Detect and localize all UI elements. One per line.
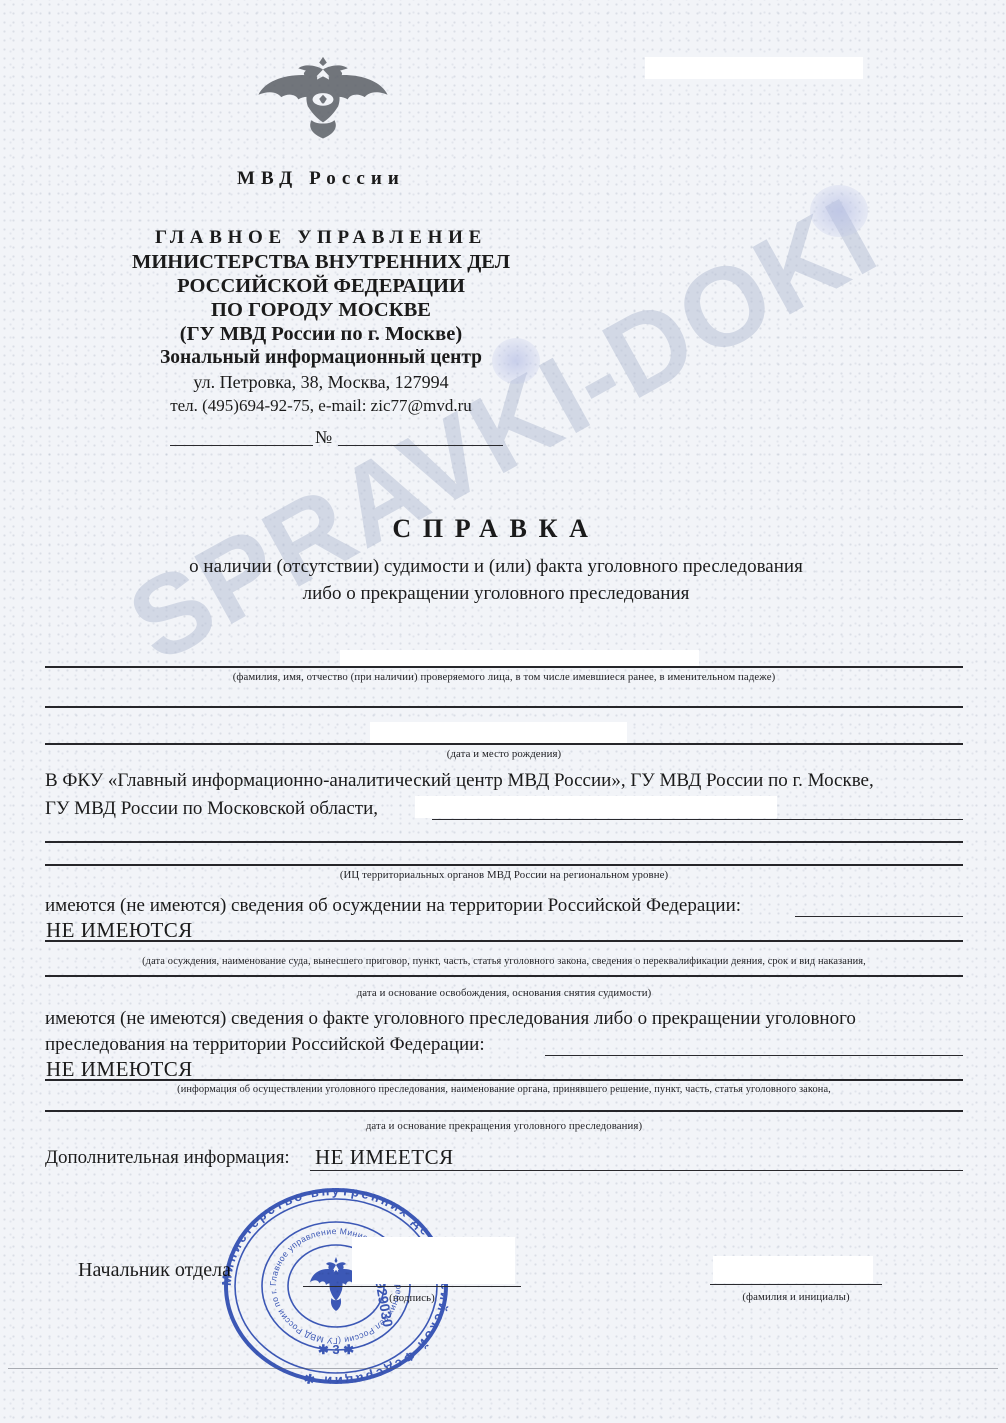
conviction-short-line [795, 916, 963, 917]
org-line: ГЛАВНОЕ УПРАВЛЕНИЕ [0, 226, 642, 250]
redaction-box [713, 1256, 873, 1283]
official-title: Начальник отдела [78, 1258, 231, 1282]
name-initials-caption: (фамилия и инициалы) [680, 1291, 912, 1303]
org-line: ПО ГОРОДУ МОСКВЕ [0, 298, 642, 322]
document-title: СПРАВКА [0, 514, 992, 544]
region-blank-line [432, 819, 963, 820]
conviction-label: имеются (не имеются) сведения об осужден… [45, 894, 741, 918]
body-line-2: ГУ МВД России по Московской области, [45, 797, 378, 821]
name-initials-line [710, 1284, 882, 1285]
signature-line [303, 1286, 521, 1287]
redaction-box [370, 722, 627, 743]
fold-line [8, 1368, 998, 1369]
conviction-underline [45, 940, 963, 942]
prosecution-caption-2: дата и основание прекращения уголовного … [45, 1120, 963, 1132]
stamp-bottom-mark: ✱ 3 ✱ [318, 1342, 354, 1357]
signature-caption: (подпись) [303, 1292, 521, 1304]
prosecution-underline [45, 1079, 963, 1081]
org-contacts: тел. (495)694-92-75, e-mail: zic77@mvd.r… [0, 394, 642, 417]
title-subtitle-1: о наличии (отсутствии) судимости и (или)… [0, 556, 992, 578]
name-caption: (фамилия, имя, отчество (при наличии) пр… [45, 671, 963, 683]
birth-line [45, 743, 963, 745]
conviction-caption-2: дата и основание освобождения, основания… [45, 987, 963, 999]
org-line: МИНИСТЕРСТВА ВНУТРЕННИХ ДЕЛ [0, 250, 642, 274]
org-line: (ГУ МВД России по г. Москве) [0, 322, 642, 346]
body-line-1: В ФКУ «Главный информационно-аналитическ… [45, 769, 874, 793]
name-line [45, 666, 963, 668]
mvd-emblem-eagle-icon [243, 52, 403, 152]
redaction-box [352, 1237, 515, 1284]
certificate-page: SPRAVKI-DOKI МВД России ГЛАВНОЕ УПРАВЛЕН… [0, 0, 1006, 1423]
prosecution-short-line [545, 1055, 963, 1056]
org-line: Зональный информационный центр [0, 346, 642, 370]
org-address: ул. Петровка, 38, Москва, 127994 [0, 370, 642, 394]
blank-line [45, 706, 963, 708]
redaction-box [415, 796, 777, 818]
redaction-box [645, 57, 863, 79]
prosecution-caption-1: (информация об осуществлении уголовного … [45, 1084, 963, 1095]
title-subtitle-2: либо о прекращении уголовного преследова… [0, 583, 992, 605]
org-line: РОССИЙСКОЙ ФЕДЕРАЦИИ [0, 274, 642, 298]
redaction-box [340, 650, 699, 666]
birth-caption: (дата и место рождения) [45, 748, 963, 760]
number-blank-line [338, 445, 503, 446]
additional-value: НЕ ИМЕЕТСЯ [315, 1145, 454, 1170]
blank-line [45, 841, 963, 843]
ic-caption: (ИЦ территориальных органов МВД России н… [45, 869, 963, 881]
letterhead: ГЛАВНОЕ УПРАВЛЕНИЕ МИНИСТЕРСТВА ВНУТРЕНН… [0, 226, 642, 417]
ic-line [45, 864, 963, 866]
additional-underline [310, 1170, 963, 1171]
blank-line [45, 975, 963, 977]
mvd-label: МВД России [0, 168, 642, 190]
additional-label: Дополнительная информация: [45, 1146, 290, 1170]
date-blank-line [170, 445, 313, 446]
prosecution-label-2: преследования на территории Российской Ф… [45, 1033, 485, 1057]
number-sign: № [315, 427, 332, 448]
prosecution-label-1: имеются (не имеются) сведения о факте уг… [45, 1007, 856, 1031]
blank-line [45, 1110, 963, 1112]
conviction-caption-1: (дата осуждения, наименование суда, выне… [45, 956, 963, 967]
